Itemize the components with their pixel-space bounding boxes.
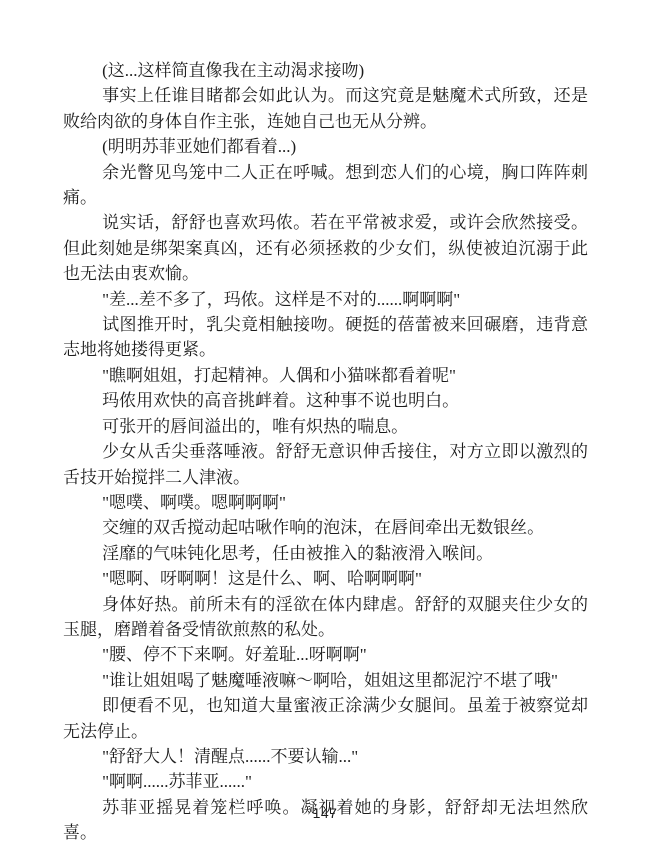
text-paragraph: 说实话，舒舒也喜欢玛侬。若在平常被求爱，或许会欣然接受。但此刻她是绑架案真凶，还…	[63, 210, 588, 286]
text-paragraph: 可张开的唇间溢出的，唯有炽热的喘息。	[63, 414, 588, 439]
text-paragraph: 余光瞥见鸟笼中二人正在呼喊。想到恋人们的心境，胸口阵阵刺痛。	[63, 160, 588, 211]
text-paragraph: "瞧啊姐姐，打起精神。人偶和小猫咪都看着呢"	[63, 363, 588, 388]
text-paragraph: "腰、停不下来啊。好羞耻...呀啊啊"	[63, 642, 588, 667]
text-paragraph: 事实上任谁目睹都会如此认为。而这究竟是魅魔术式所致，还是败给肉欲的身体自作主张，…	[63, 83, 588, 134]
text-paragraph: 淫靡的气味钝化思考，任由被推入的黏液滑入喉间。	[63, 541, 588, 566]
text-paragraph: "嗯噗、啊噗。嗯啊啊啊"	[63, 490, 588, 515]
text-paragraph: "嗯啊、呀啊啊！这是什么、啊、哈啊啊啊"	[63, 566, 588, 591]
text-paragraph: (这...这样简直像我在主动渴求接吻)	[63, 58, 588, 83]
text-paragraph: 交缠的双舌搅动起咕啾作响的泡沫，在唇间牵出无数银丝。	[63, 515, 588, 540]
text-paragraph: 身体好热。前所未有的淫欲在体内肆虐。舒舒的双腿夹住少女的玉腿，磨蹭着备受情欲煎熬…	[63, 592, 588, 643]
text-block: (这...这样简直像我在主动渴求接吻) 事实上任谁目睹都会如此认为。而这究竟是魅…	[63, 58, 588, 846]
text-paragraph: 试图推开时，乳尖竟相触接吻。硬挺的蓓蕾被来回碾磨，违背意志地将她搂得更紧。	[63, 312, 588, 363]
text-paragraph: "舒舒大人！清醒点......不要认输..."	[63, 744, 588, 769]
text-paragraph: (明明苏菲亚她们都看着...)	[63, 134, 588, 159]
document-page: (这...这样简直像我在主动渴求接吻) 事实上任谁目睹都会如此认为。而这究竟是魅…	[0, 0, 650, 850]
text-paragraph: "差...差不多了，玛侬。这样是不对的......啊啊啊"	[63, 287, 588, 312]
text-paragraph: "谁让姐姐喝了魅魔唾液嘛～啊哈，姐姐这里都泥泞不堪了哦"	[63, 668, 588, 693]
text-paragraph: 少女从舌尖垂落唾液。舒舒无意识伸舌接住，对方立即以激烈的舌技开始搅拌二人津液。	[63, 439, 588, 490]
text-paragraph: "啊啊......苏菲亚......"	[63, 769, 588, 794]
text-paragraph: 玛侬用欢快的高音挑衅着。这种事不说也明白。	[63, 388, 588, 413]
text-paragraph: 即便看不见，也知道大量蜜液正涂满少女腿间。虽羞于被察觉却无法停止。	[63, 693, 588, 744]
page-number: 147	[0, 805, 650, 821]
